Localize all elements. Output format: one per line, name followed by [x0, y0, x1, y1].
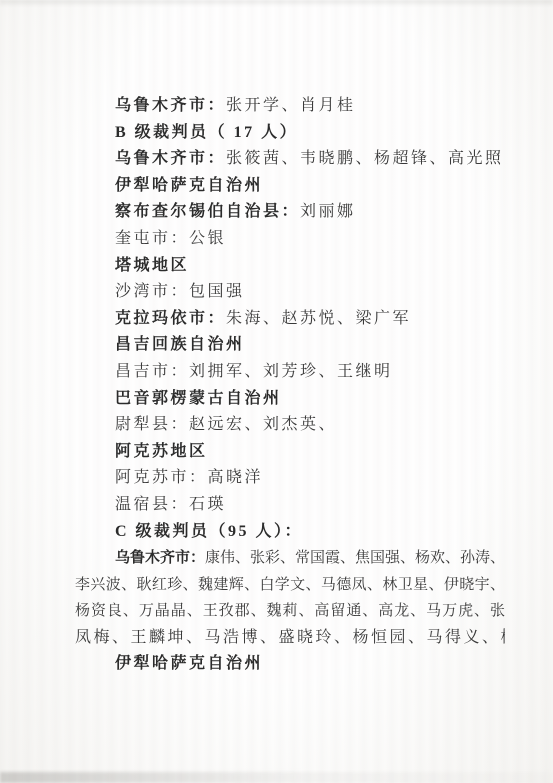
document-line: 沙湾市：包国强: [75, 279, 505, 306]
scan-edge-artifact-top: [0, 0, 553, 7]
document-line: 凤梅、王麟坤、马浩博、盛晓玲、杨恒园、马得义、梅丽娜: [75, 625, 505, 652]
document-line: 尉犁县：赵远宏、刘杰英、: [75, 412, 505, 439]
document-line: 塔城地区: [75, 253, 505, 280]
line-bold-label: C 级裁判员（95 人）：: [115, 523, 303, 540]
line-name-text: 尉犁县：赵远宏、刘杰英、: [115, 416, 337, 433]
line-bold-label: 察布查尔锡伯自治县：: [115, 203, 300, 220]
document-line: 乌鲁木齐市：张开学、肖月桂: [75, 93, 505, 120]
document-line: 阿克苏市：高晓洋: [75, 465, 505, 492]
document-line: C 级裁判员（95 人）：: [75, 519, 505, 546]
line-name-text: 凤梅、王麟坤、马浩博、盛晓玲、杨恒园、马得义、梅丽娜: [75, 629, 505, 646]
line-name-text: 奎屯市：公银: [115, 230, 226, 247]
document-line: 伊犁哈萨克自治州: [75, 651, 505, 678]
line-name-text: 昌吉市：刘拥军、刘芳珍、王继明: [115, 363, 393, 380]
document-text-block: 乌鲁木齐市：张开学、肖月桂B 级裁判员（ 17 人）乌鲁木齐市：张筱茜、韦晓鹏、…: [75, 93, 505, 678]
line-name-text: 朱海、赵苏悦、梁广军: [226, 310, 411, 327]
line-bold-label: 伊犁哈萨克自治州: [115, 655, 263, 672]
line-name-text: 温宿县：石瑛: [115, 496, 226, 513]
line-bold-label: 巴音郭楞蒙古自治州: [115, 390, 282, 407]
line-name-text: 阿克苏市：高晓洋: [115, 469, 263, 486]
document-line: 昌吉市：刘拥军、刘芳珍、王继明: [75, 359, 505, 386]
line-bold-label: 昌吉回族自治州: [115, 336, 245, 353]
scan-edge-artifact-bottom: [0, 772, 553, 783]
document-line: 乌鲁木齐市：张筱茜、韦晓鹏、杨超锋、高光照: [75, 146, 505, 173]
document-line: 温宿县：石瑛: [75, 492, 505, 519]
line-name-text: 张筱茜、韦晓鹏、杨超锋、高光照: [226, 150, 504, 167]
document-line: 杨资良、万晶晶、王孜郡、魏莉、高留通、高龙、马万虎、张: [75, 598, 505, 625]
line-bold-label: 乌鲁木齐市：: [115, 550, 205, 566]
line-bold-label: B 级裁判员（ 17 人）: [115, 124, 298, 141]
line-name-text: 刘丽娜: [300, 203, 356, 220]
document-line: 奎屯市：公银: [75, 226, 505, 253]
document-line: 李兴波、耿红珍、魏建辉、白学文、马德凤、林卫星、伊晓宇、: [75, 572, 505, 599]
line-bold-label: 克拉玛依市：: [115, 310, 226, 327]
document-line: 昌吉回族自治州: [75, 332, 505, 359]
line-name-text: 康伟、张彩、常国霞、焦国强、杨欢、孙涛、: [205, 550, 505, 566]
line-bold-label: 伊犁哈萨克自治州: [115, 177, 263, 194]
document-line: 察布查尔锡伯自治县：刘丽娜: [75, 199, 505, 226]
scanned-document-page: 乌鲁木齐市：张开学、肖月桂B 级裁判员（ 17 人）乌鲁木齐市：张筱茜、韦晓鹏、…: [0, 0, 553, 783]
document-line: 克拉玛依市：朱海、赵苏悦、梁广军: [75, 306, 505, 333]
line-name-text: 杨资良、万晶晶、王孜郡、魏莉、高留通、高龙、马万虎、张: [75, 603, 505, 619]
document-line: B 级裁判员（ 17 人）: [75, 120, 505, 147]
line-bold-label: 乌鲁木齐市：: [115, 97, 226, 114]
line-name-text: 李兴波、耿红珍、魏建辉、白学文、马德凤、林卫星、伊晓宇、: [75, 577, 505, 593]
document-line: 阿克苏地区: [75, 439, 505, 466]
document-line: 伊犁哈萨克自治州: [75, 173, 505, 200]
line-bold-label: 阿克苏地区: [115, 443, 208, 460]
line-bold-label: 塔城地区: [115, 257, 189, 274]
line-bold-label: 乌鲁木齐市：: [115, 150, 226, 167]
document-line: 巴音郭楞蒙古自治州: [75, 386, 505, 413]
line-name-text: 张开学、肖月桂: [226, 97, 356, 114]
line-name-text: 沙湾市：包国强: [115, 283, 245, 300]
document-line: 乌鲁木齐市：康伟、张彩、常国霞、焦国强、杨欢、孙涛、: [75, 545, 505, 572]
